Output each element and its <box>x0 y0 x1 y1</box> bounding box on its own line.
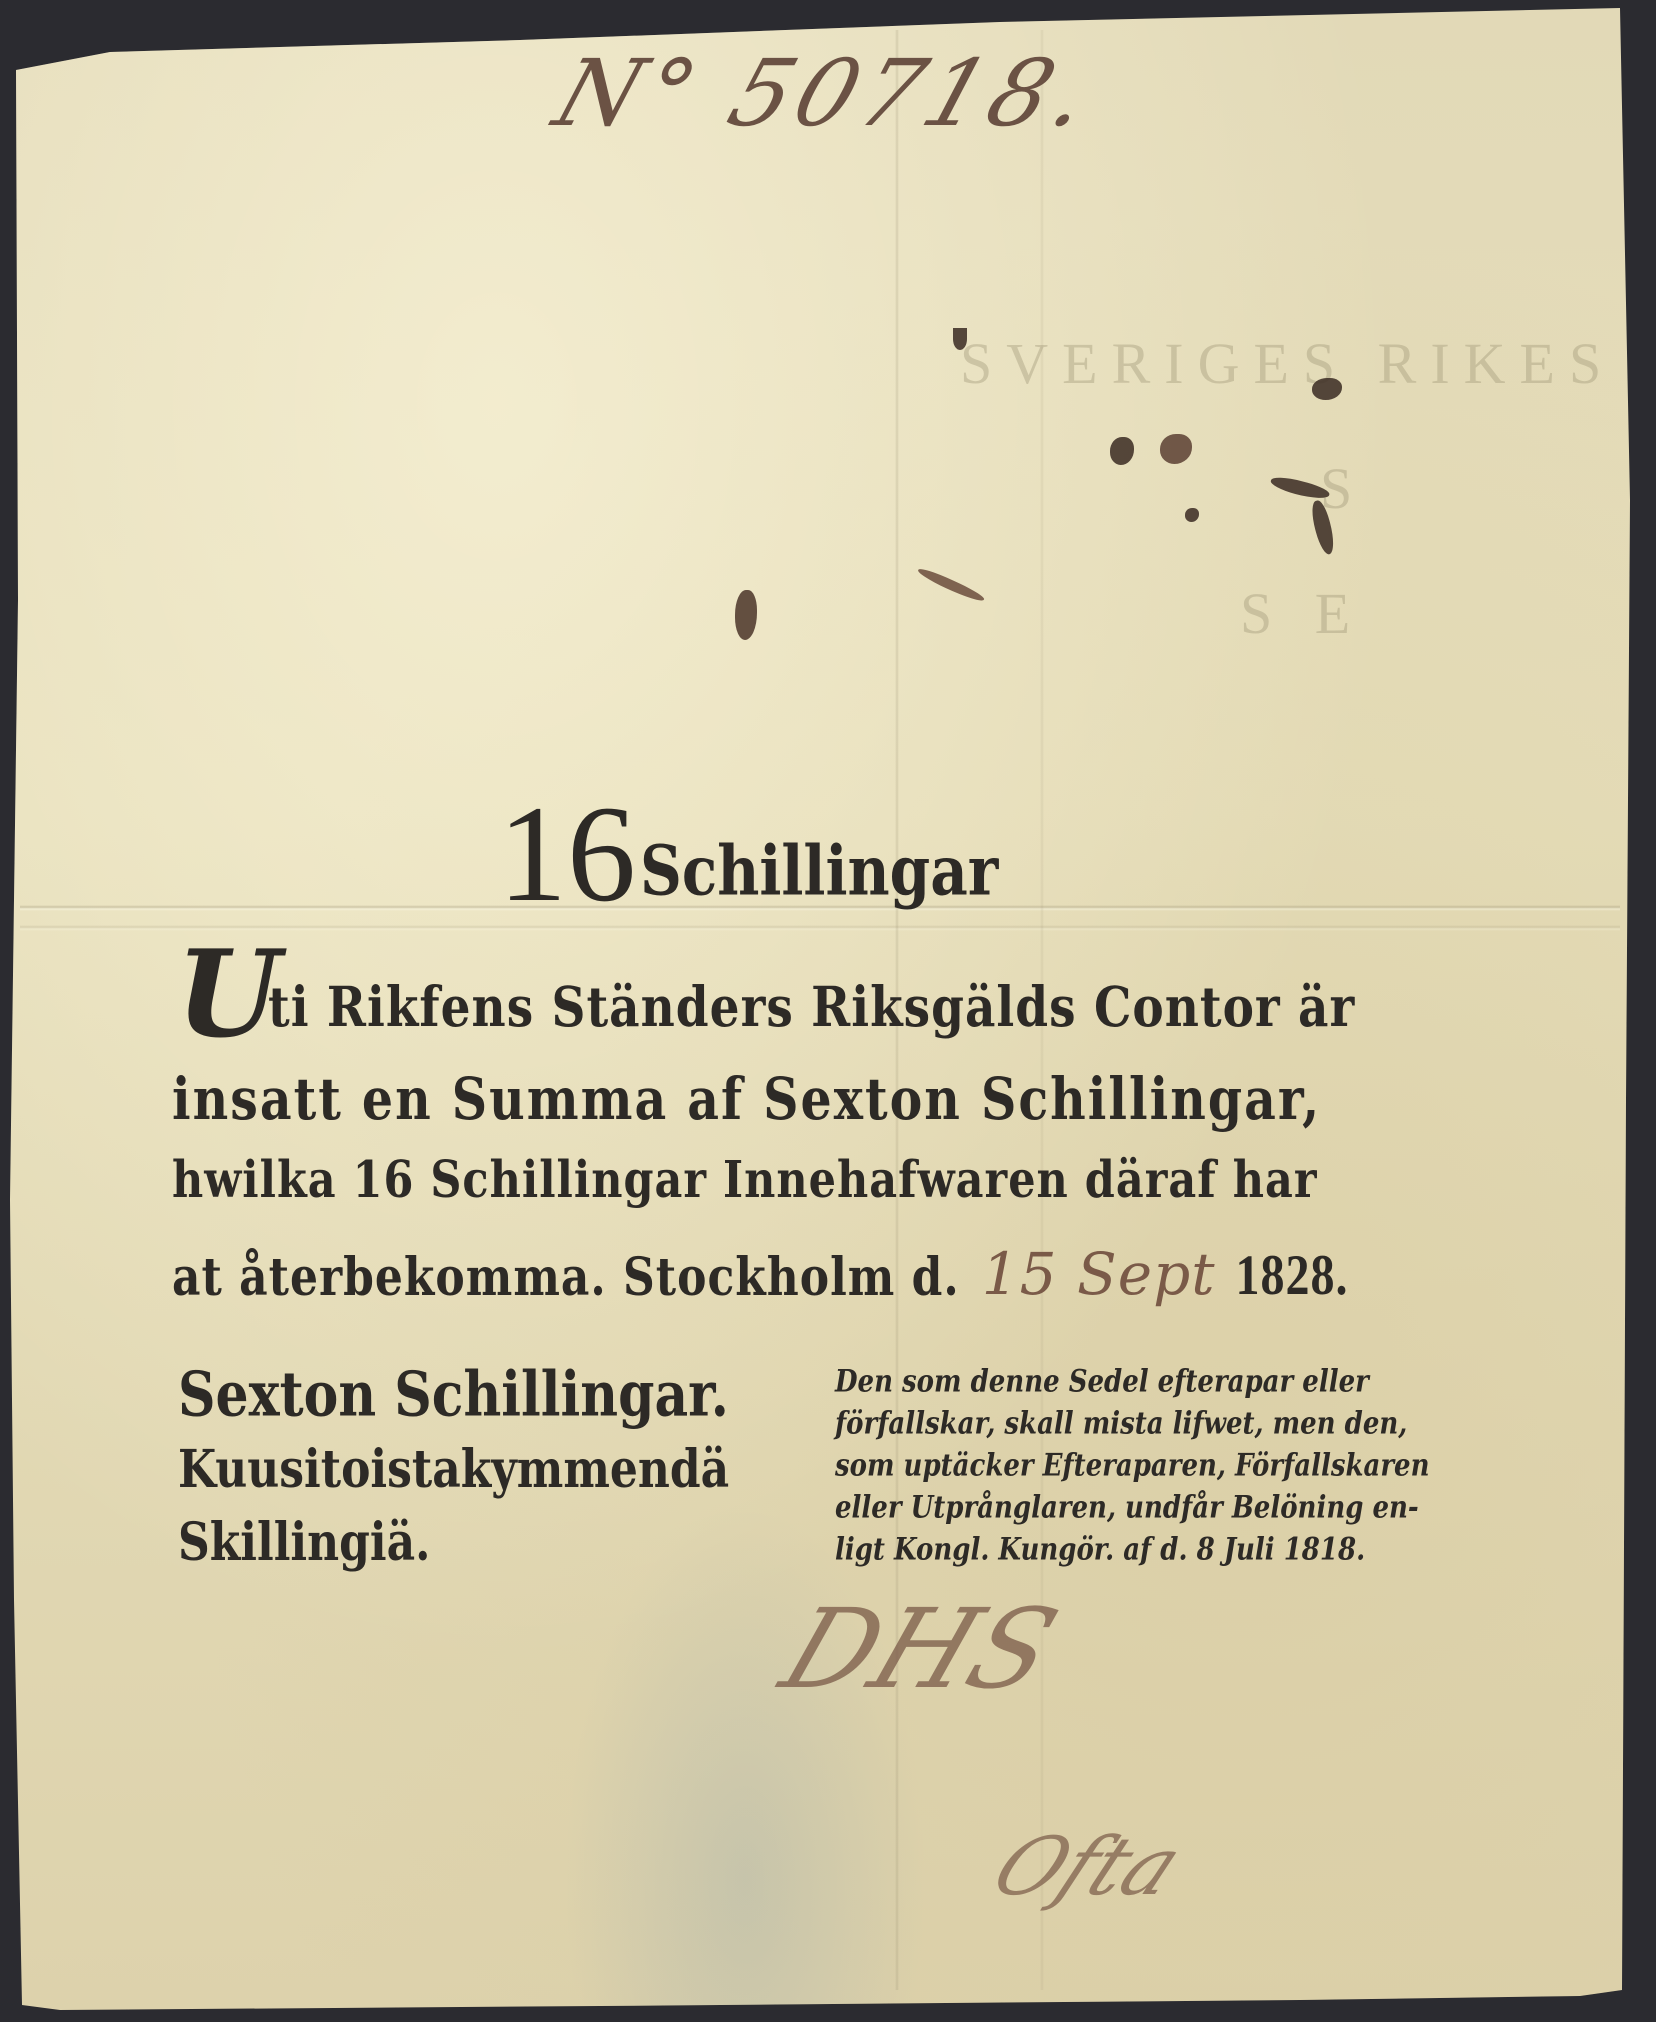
ink-spot <box>953 328 967 350</box>
main-text-line-4: at återbekomma. Stockholm d. 15 Sept 182… <box>172 1240 1349 1308</box>
issue-year: 1828. <box>1236 1243 1349 1308</box>
counterfeit-warning-block: Den som denne Sedel efterapar eller förf… <box>835 1370 1495 1580</box>
warning-line-1: Den som denne Sedel efterapar eller <box>835 1365 1495 1400</box>
denomination: 16 Schillingar <box>498 785 998 923</box>
decorative-initial: U <box>176 935 281 1055</box>
main-text-line-3: hwilka 16 Schillingar Innehafwaren däraf… <box>172 1151 1317 1210</box>
warning-line-3: som uptäcker Efteraparen, Förfallskaren <box>835 1449 1495 1484</box>
warning-line-4: eller Utprånglaren, undfår Belöning en- <box>835 1491 1495 1526</box>
main-text-line-4-prefix: at återbekomma. Stockholm d. <box>172 1248 960 1308</box>
swedish-denomination: Sexton Schillingar. <box>178 1359 729 1431</box>
finnish-denomination-line-1: Kuusitoistakymmendä <box>178 1440 729 1500</box>
denomination-word: Schillingar <box>640 831 998 911</box>
handwritten-date: 15 Sept <box>982 1240 1216 1308</box>
watermark-line-3: S E <box>1240 580 1364 647</box>
denomination-number: 16 <box>498 785 636 923</box>
serial-number: N° 50718. <box>543 40 1109 147</box>
denomination-text-block: Sexton Schillingar. Kuusitoistakymmendä … <box>178 1370 729 1595</box>
signature-1: DHS <box>767 1585 1073 1713</box>
main-text-line-1: ti Rikfens Ständers Riksgälds Contor är <box>268 975 1355 1040</box>
watermark-line-1: SVERIGES RIKES <box>960 330 1615 397</box>
warning-line-2: förfallskar, skall mista lifwet, men den… <box>835 1407 1495 1442</box>
warning-line-5: ligt Kongl. Kungör. af d. 8 Juli 1818. <box>835 1533 1495 1568</box>
main-text-line-2: insatt en Summa af Sexton Schillingar, <box>172 1065 1321 1133</box>
finnish-denomination-line-2: Skillingiä. <box>178 1513 729 1573</box>
